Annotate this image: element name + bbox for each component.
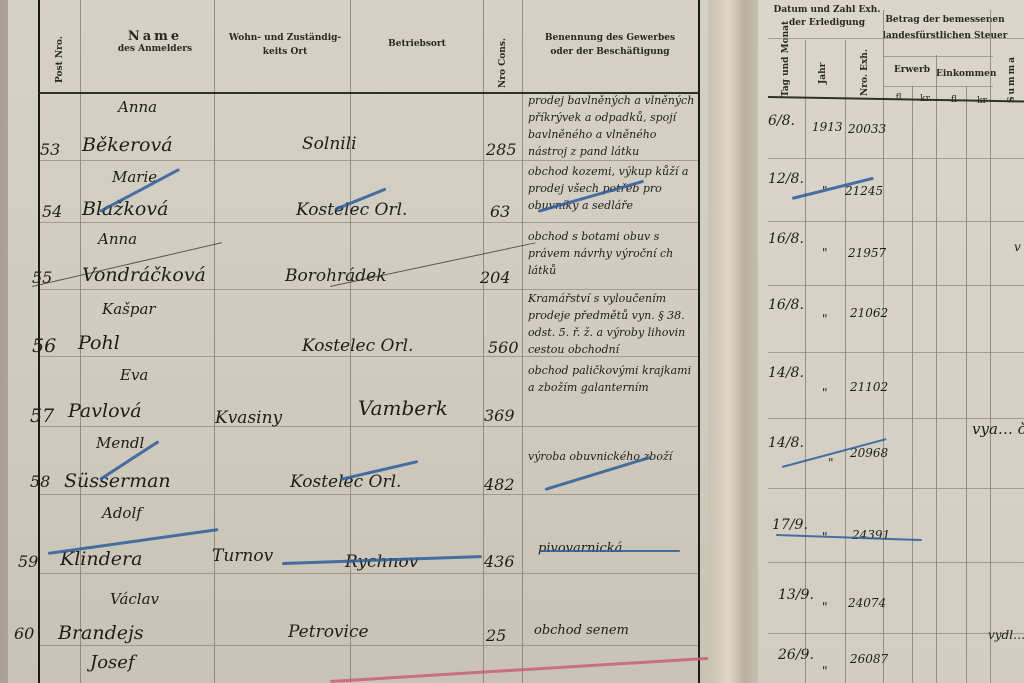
jahr: 1913 (812, 120, 843, 134)
nro-exh: 21245 (845, 184, 883, 198)
row-rule (768, 633, 1024, 634)
wohn-ort: Turnov (212, 546, 273, 566)
surname: Pavlová (68, 400, 142, 422)
row-rule (768, 488, 1024, 489)
row-rule (768, 158, 1024, 159)
first-name: Kašpar (102, 300, 156, 318)
post-nro: 60 (14, 624, 34, 643)
post-nro: 54 (42, 202, 62, 221)
tag-monat: 16/8. (768, 232, 800, 247)
header-wohn-ort-2: keits Ort (220, 46, 350, 59)
tag-monat: 16/8. (768, 298, 800, 313)
column-rule (990, 10, 991, 683)
first-name: Anna (118, 98, 157, 116)
header-name: Name (100, 30, 210, 43)
post-nro: 57 (30, 405, 54, 427)
column-rule (483, 0, 484, 683)
jahr: " (828, 456, 834, 470)
row-rule (768, 562, 1024, 563)
surname: Běkerová (82, 134, 173, 156)
header-datum-1: Datum und Zahl Exh. (772, 4, 882, 17)
nro-cons: 25 (486, 626, 506, 645)
header-rule (768, 38, 1024, 39)
first-name: Anna (98, 230, 137, 248)
blue-pencil-strike (540, 550, 680, 552)
nro-cons: 436 (484, 552, 515, 571)
nro-exh: 24391 (852, 528, 890, 542)
column-rule (214, 0, 215, 683)
nro-exh: 21062 (850, 306, 888, 320)
row-rule (40, 494, 698, 495)
surname: Pohl (78, 332, 120, 354)
row-rule (768, 418, 1024, 419)
header-tag-monat: Tag und Monat (781, 37, 791, 97)
gewerbe: obchod paličkovými krajkami a zbožím gal… (528, 362, 698, 396)
post-nro: 56 (32, 335, 56, 357)
first-name: Václav (110, 590, 159, 608)
betriebsort: Petrovice (288, 622, 369, 642)
row-rule (768, 352, 1024, 353)
tag-monat: 26/9. (778, 648, 810, 663)
column-rule (936, 55, 937, 683)
surname: Blažková (82, 198, 168, 220)
jahr: " (822, 386, 828, 400)
row-rule (40, 426, 698, 427)
header-summa: Summa (1007, 63, 1017, 103)
tag-monat: 6/8. (768, 114, 800, 129)
first-name: Mendl (96, 434, 144, 452)
first-name: Josef (90, 652, 135, 673)
gewerbe: pivovarnická (538, 540, 698, 557)
row-rule (40, 222, 698, 223)
gewerbe: obchod s botami obuv s právem návrhy výr… (528, 228, 698, 279)
nro-exh: 20033 (848, 122, 886, 136)
right-margin-rule (698, 0, 700, 683)
nro-exh: 21957 (848, 246, 886, 260)
nro-cons: 369 (484, 406, 515, 425)
gewerbe: prodej bavlněných a vlněných příkrývek a… (528, 92, 698, 160)
row-rule (40, 573, 698, 574)
header-einkommen: Einkommen (936, 68, 996, 81)
tag-monat: 13/9. (778, 588, 810, 603)
jahr: " (822, 246, 828, 260)
note: vydl… ij (988, 628, 1024, 642)
header-betriebsort: Betriebsort (352, 38, 482, 51)
betriebsort: Solnili (302, 134, 357, 154)
column-rule (912, 86, 913, 683)
header-nro-exh: Nro. Exh. (860, 46, 870, 96)
nro-cons: 204 (480, 268, 511, 287)
header-nro-cons: Nro Cons. (498, 38, 508, 88)
nro-cons: 482 (484, 475, 515, 494)
header-wohn-ort-1: Wohn- und Zuständig- (220, 32, 350, 45)
header-rule (883, 56, 993, 57)
row-rule (40, 645, 698, 646)
betriebsort: Kostelec Orl. (290, 472, 401, 492)
jahr: " (822, 600, 828, 614)
tag-monat: 14/8. (768, 436, 800, 451)
note: vya… č. (972, 420, 1024, 438)
nro-exh: 26087 (850, 652, 888, 666)
gewerbe: výroba obuvnického zboží (528, 448, 698, 465)
first-name: Eva (120, 366, 148, 384)
header-gewerbe-1: Benennung des Gewerbes (530, 32, 690, 45)
jahr: " (822, 312, 828, 326)
row-rule (768, 221, 1024, 222)
header-post-nro: Post Nro. (55, 43, 65, 83)
row-rule (768, 285, 1024, 286)
header-gewerbe-2: oder der Beschäftigung (530, 46, 690, 59)
nro-cons: 560 (488, 338, 519, 357)
nro-exh: 21102 (850, 380, 888, 394)
wohn-ort: Kvasiny (215, 408, 282, 428)
tag-monat: 12/8. (768, 172, 800, 187)
column-rule (883, 10, 884, 683)
nro-cons: 285 (486, 140, 517, 159)
post-nro: 53 (40, 140, 60, 159)
post-nro: 58 (30, 472, 50, 491)
surname: Vondráčková (82, 264, 206, 286)
row-rule (40, 160, 698, 161)
surname: Süsserman (64, 470, 171, 492)
surname: Brandejs (58, 622, 144, 644)
gewerbe: obchod senem (534, 622, 694, 639)
header-jahr: Jahr (818, 54, 828, 84)
post-nro: 59 (18, 552, 38, 571)
tag-monat: 17/9. (772, 518, 804, 533)
header-rule (883, 86, 993, 87)
gewerbe: Kramářství s vyloučením prodeje předmětů… (528, 290, 698, 358)
note: v (1014, 240, 1021, 254)
column-rule (845, 40, 846, 683)
jahr: " (822, 664, 828, 678)
betriebsort: Kostelec Orl. (302, 336, 413, 356)
nro-cons: 63 (490, 202, 510, 221)
nro-exh: 24074 (848, 596, 886, 610)
header-erwerb: Erwerb (882, 64, 942, 77)
column-rule (522, 0, 523, 683)
tag-monat: 14/8. (768, 366, 800, 381)
header-name-sub: des Anmelders (95, 43, 215, 56)
first-name: Adolf (102, 504, 142, 522)
column-rule (966, 86, 967, 683)
betriebsort: Vamberk (358, 396, 448, 420)
